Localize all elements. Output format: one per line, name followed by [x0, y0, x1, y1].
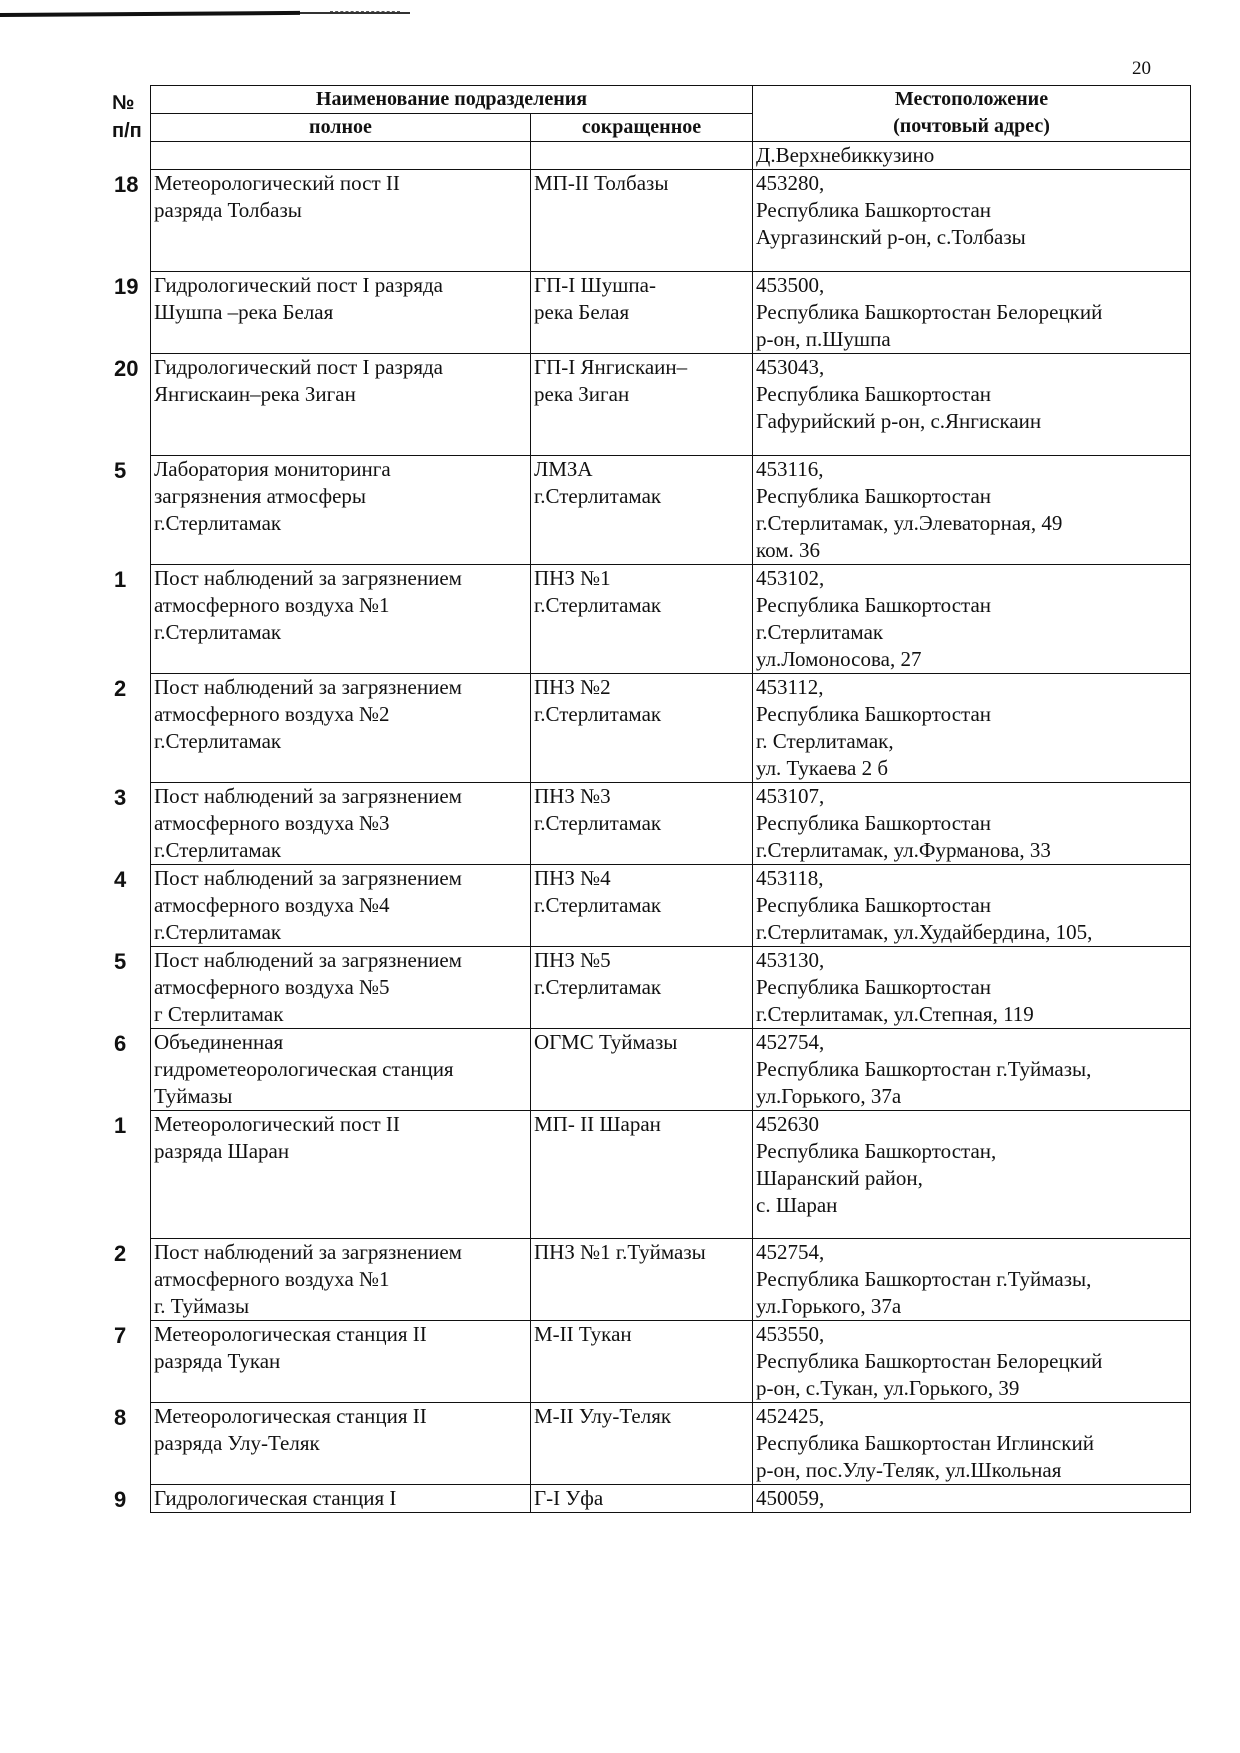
cell-address: 453118,Республика Башкортостанг.Стерлита… [753, 865, 1191, 947]
cell-line: Республика Башкортостан Иглинский [756, 1430, 1187, 1457]
table-row: Пост наблюдений за загрязнениематмосферн… [151, 783, 1191, 865]
row-number: 4 [114, 867, 126, 893]
cell-short: М-II Улу-Теляк [531, 1403, 753, 1485]
cell-full: Объединеннаягидрометеорологическая станц… [151, 1029, 531, 1111]
cell-short: ОГМС Туймазы [531, 1029, 753, 1111]
cell-line: ПНЗ №2 [534, 674, 749, 701]
cell-full: Лаборатория мониторингазагрязнения атмос… [151, 456, 531, 565]
cell-full: Пост наблюдений за загрязнениематмосферн… [151, 565, 531, 674]
cell-line: Объединенная [154, 1029, 527, 1056]
cell-line: г.Стерлитамак [154, 837, 527, 864]
header-full: полное [151, 114, 531, 142]
cell-line: г.Стерлитамак [154, 619, 527, 646]
cell-line: ул.Горького, 37а [756, 1083, 1187, 1110]
cell-short: МП- II Шаран [531, 1111, 753, 1239]
cell-line: Лаборатория мониторинга [154, 456, 527, 483]
table-row: Д.Верхнебиккузино [151, 142, 1191, 170]
table-row: Метеорологический пост IIразряда ШаранМП… [151, 1111, 1191, 1239]
cell-full: Пост наблюдений за загрязнениематмосферн… [151, 1239, 531, 1321]
cell-line: Д.Верхнебиккузино [756, 142, 1187, 169]
header-location: Местоположение (почтовый адрес) [753, 86, 1191, 142]
cell-short: Г-I Уфа [531, 1485, 753, 1513]
row-number: 8 [114, 1405, 126, 1431]
cell-line: р-он, п.Шушпа [756, 326, 1187, 353]
cell-line: 453130, [756, 947, 1187, 974]
cell-line: разряда Толбазы [154, 197, 527, 224]
cell-line: Республика Башкортостан, [756, 1138, 1187, 1165]
cell-line: ПНЗ №4 [534, 865, 749, 892]
cell-short: ГП-I Янгискаин–река Зиган [531, 354, 753, 456]
cell-line: 450059, [756, 1485, 1187, 1512]
cell-short: МП-II Толбазы [531, 170, 753, 272]
cell-line: г.Стерлитамак [534, 892, 749, 919]
table-row: Пост наблюдений за загрязнениематмосферн… [151, 947, 1191, 1029]
cell-line: МП-II Толбазы [534, 170, 749, 197]
cell-line: Метеорологическая станция II [154, 1403, 527, 1430]
cell-line: г.Стерлитамак, ул.Элеваторная, 49 [756, 510, 1187, 537]
cell-line: г.Стерлитамак [154, 919, 527, 946]
table-row: Гидрологический пост I разрядаЯнгискаин–… [151, 354, 1191, 456]
cell-line: загрязнения атмосферы [154, 483, 527, 510]
cell-address: 452754,Республика Башкортостан г.Туймазы… [753, 1239, 1191, 1321]
cell-line: г.Стерлитамак [154, 728, 527, 755]
cell-address: 453550,Республика Башкортостан Белорецки… [753, 1321, 1191, 1403]
cell-line: 453550, [756, 1321, 1187, 1348]
cell-line: ПНЗ №1 [534, 565, 749, 592]
cell-line: атмосферного воздуха №3 [154, 810, 527, 837]
cell-line: Гидрологический пост I разряда [154, 354, 527, 381]
cell-line: Республика Башкортостан Белорецкий [756, 299, 1187, 326]
cell-short: М-II Тукан [531, 1321, 753, 1403]
cell-short: ПНЗ №3г.Стерлитамак [531, 783, 753, 865]
cell-line: 453280, [756, 170, 1187, 197]
cell-line: Г-I Уфа [534, 1485, 749, 1512]
cell-line: 452754, [756, 1239, 1187, 1266]
cell-line: р-он, пос.Улу-Теляк, ул.Школьная [756, 1457, 1187, 1484]
table-row: Пост наблюдений за загрязнениематмосферн… [151, 1239, 1191, 1321]
row-number: 7 [114, 1323, 126, 1349]
cell-address: 453107,Республика Башкортостанг.Стерлита… [753, 783, 1191, 865]
cell-full: Пост наблюдений за загрязнениематмосферн… [151, 783, 531, 865]
cell-line: Пост наблюдений за загрязнением [154, 565, 527, 592]
table-row: Гидрологический пост I разрядаШушпа –рек… [151, 272, 1191, 354]
cell-line: МП- II Шаран [534, 1111, 749, 1138]
cell-line: Туймазы [154, 1083, 527, 1110]
cell-line: ПНЗ №1 г.Туймазы [534, 1239, 749, 1266]
cell-full: Метеорологическая станция IIразряда Улу-… [151, 1403, 531, 1485]
table-row: Пост наблюдений за загрязнениематмосферн… [151, 565, 1191, 674]
cell-line: Пост наблюдений за загрязнением [154, 865, 527, 892]
cell-address: 450059, [753, 1485, 1191, 1513]
number-col-header: п/п [112, 120, 142, 143]
cell-line: атмосферного воздуха №1 [154, 1266, 527, 1293]
row-number: 5 [114, 458, 126, 484]
cell-address: Д.Верхнебиккузино [753, 142, 1191, 170]
cell-line: г.Стерлитамак [154, 510, 527, 537]
cell-address: 453280,Республика БашкортостанАургазинск… [753, 170, 1191, 272]
cell-line: Республика Башкортостан [756, 381, 1187, 408]
cell-line: река Зиган [534, 381, 749, 408]
cell-line: Шушпа –река Белая [154, 299, 527, 326]
cell-line: ул.Горького, 37а [756, 1293, 1187, 1320]
cell-line: разряда Тукан [154, 1348, 527, 1375]
cell-line: Республика Башкортостан [756, 197, 1187, 224]
cell-line: 453500, [756, 272, 1187, 299]
cell-line: атмосферного воздуха №4 [154, 892, 527, 919]
cell-line: 452425, [756, 1403, 1187, 1430]
row-number: 6 [114, 1031, 126, 1057]
page-number: 20 [1132, 58, 1151, 80]
table-row: Пост наблюдений за загрязнениематмосферн… [151, 674, 1191, 783]
table-row: Пост наблюдений за загрязнениематмосферн… [151, 865, 1191, 947]
cell-line: Янгискаин–река Зиган [154, 381, 527, 408]
cell-line: Республика Башкортостан [756, 810, 1187, 837]
cell-line: г.Стерлитамак, ул.Фурманова, 33 [756, 837, 1187, 864]
cell-line: разряда Улу-Теляк [154, 1430, 527, 1457]
cell-line: Республика Башкортостан [756, 483, 1187, 510]
cell-line: Республика Башкортостан [756, 892, 1187, 919]
row-number: 2 [114, 1241, 126, 1267]
cell-line: г.Стерлитамак, ул.Худайбердина, 105, [756, 919, 1187, 946]
cell-line: г.Стерлитамак [534, 701, 749, 728]
cell-line: ЛМЗА [534, 456, 749, 483]
scan-artifact-dots [330, 11, 400, 13]
cell-line: г Стерлитамак [154, 1001, 527, 1028]
cell-address: 452425,Республика Башкортостан Иглинский… [753, 1403, 1191, 1485]
cell-line: Метеорологический пост II [154, 170, 527, 197]
cell-address: 452754,Республика Башкортостан г.Туймазы… [753, 1029, 1191, 1111]
cell-line: ул.Ломоносова, 27 [756, 646, 1187, 673]
cell-full [151, 142, 531, 170]
cell-line: ГП-I Шушпа- [534, 272, 749, 299]
table-row: Лаборатория мониторингазагрязнения атмос… [151, 456, 1191, 565]
cell-line: г.Стерлитамак [534, 810, 749, 837]
cell-line: Республика Башкортостан [756, 974, 1187, 1001]
cell-address: 453112,Республика Башкортостанг. Стерлит… [753, 674, 1191, 783]
cell-line: 452754, [756, 1029, 1187, 1056]
cell-line: атмосферного воздуха №1 [154, 592, 527, 619]
cell-line: ГП-I Янгискаин– [534, 354, 749, 381]
number-col-header: № [112, 92, 134, 115]
cell-line: М-II Улу-Теляк [534, 1403, 749, 1430]
cell-line: Шаранский район, [756, 1165, 1187, 1192]
cell-line: г.Стерлитамак [534, 592, 749, 619]
cell-line: р-он, с.Тукан, ул.Горького, 39 [756, 1375, 1187, 1402]
table-row: Гидрологическая станция IГ-I Уфа450059, [151, 1485, 1191, 1513]
cell-line: Пост наблюдений за загрязнением [154, 1239, 527, 1266]
cell-line: Гафурийский р-он, с.Янгискаин [756, 408, 1187, 435]
subdivisions-table: Наименование подразделения Местоположени… [150, 85, 1191, 1513]
cell-line: 453107, [756, 783, 1187, 810]
table-body: Д.ВерхнебиккузиноМетеорологический пост … [151, 142, 1191, 1513]
cell-line: ул. Тукаева 2 б [756, 755, 1187, 782]
cell-line: Республика Башкортостан Белорецкий [756, 1348, 1187, 1375]
cell-full: Метеорологический пост IIразряда Толбазы [151, 170, 531, 272]
cell-full: Пост наблюдений за загрязнениематмосферн… [151, 947, 531, 1029]
cell-short: ПНЗ №1 г.Туймазы [531, 1239, 753, 1321]
cell-line: разряда Шаран [154, 1138, 527, 1165]
cell-line: ОГМС Туймазы [534, 1029, 749, 1056]
row-number: 19 [114, 274, 138, 300]
cell-full: Пост наблюдений за загрязнениематмосферн… [151, 865, 531, 947]
cell-address: 453043,Республика БашкортостанГафурийски… [753, 354, 1191, 456]
cell-line: 453112, [756, 674, 1187, 701]
row-number: 1 [114, 1113, 126, 1139]
cell-full: Метеорологическая станция IIразряда Тука… [151, 1321, 531, 1403]
row-number: 5 [114, 949, 126, 975]
row-number: 3 [114, 785, 126, 811]
row-number: 20 [114, 356, 138, 382]
cell-full: Гидрологический пост I разрядаШушпа –рек… [151, 272, 531, 354]
cell-line: ПНЗ №3 [534, 783, 749, 810]
cell-line: Аургазинский р-он, с.Толбазы [756, 224, 1187, 251]
table-row: Объединеннаягидрометеорологическая станц… [151, 1029, 1191, 1111]
cell-line: г.Стерлитамак, ул.Степная, 119 [756, 1001, 1187, 1028]
cell-short [531, 142, 753, 170]
cell-line: г.Стерлитамак [534, 974, 749, 1001]
cell-short: ПНЗ №2г.Стерлитамак [531, 674, 753, 783]
cell-line: 453043, [756, 354, 1187, 381]
cell-address: 453130,Республика Башкортостанг.Стерлита… [753, 947, 1191, 1029]
cell-line: 453118, [756, 865, 1187, 892]
cell-short: ЛМЗАг.Стерлитамак [531, 456, 753, 565]
cell-short: ГП-I Шушпа-река Белая [531, 272, 753, 354]
row-number: 18 [114, 172, 138, 198]
cell-line: Республика Башкортостан г.Туймазы, [756, 1266, 1187, 1293]
table-row: Метеорологический пост IIразряда Толбазы… [151, 170, 1191, 272]
cell-line: с. Шаран [756, 1192, 1187, 1219]
cell-line: Республика Башкортостан [756, 701, 1187, 728]
cell-line: Метеорологический пост II [154, 1111, 527, 1138]
cell-line: Республика Башкортостан [756, 592, 1187, 619]
cell-line: Пост наблюдений за загрязнением [154, 783, 527, 810]
header-name-group: Наименование подразделения [151, 86, 753, 114]
cell-line: М-II Тукан [534, 1321, 749, 1348]
cell-full: Метеорологический пост IIразряда Шаран [151, 1111, 531, 1239]
header-short: сокращенное [531, 114, 753, 142]
cell-line: Гидрологический пост I разряда [154, 272, 527, 299]
cell-line: г. Стерлитамак, [756, 728, 1187, 755]
cell-line: г.Стерлитамак [756, 619, 1187, 646]
cell-line: Метеорологическая станция II [154, 1321, 527, 1348]
cell-line: Гидрологическая станция I [154, 1485, 527, 1512]
table-row: Метеорологическая станция IIразряда Тука… [151, 1321, 1191, 1403]
table-row: Метеорологическая станция IIразряда Улу-… [151, 1403, 1191, 1485]
row-number: 2 [114, 676, 126, 702]
cell-line: Пост наблюдений за загрязнением [154, 674, 527, 701]
cell-line: г. Туймазы [154, 1293, 527, 1320]
row-number: 9 [114, 1487, 126, 1513]
cell-line: атмосферного воздуха №5 [154, 974, 527, 1001]
cell-address: 453102,Республика Башкортостанг.Стерлита… [753, 565, 1191, 674]
cell-line: река Белая [534, 299, 749, 326]
cell-short: ПНЗ №4г.Стерлитамак [531, 865, 753, 947]
cell-full: Гидрологическая станция I [151, 1485, 531, 1513]
cell-line: г.Стерлитамак [534, 483, 749, 510]
cell-line: Пост наблюдений за загрязнением [154, 947, 527, 974]
row-number: 1 [114, 567, 126, 593]
cell-line: 453116, [756, 456, 1187, 483]
cell-full: Гидрологический пост I разрядаЯнгискаин–… [151, 354, 531, 456]
cell-line: Республика Башкортостан г.Туймазы, [756, 1056, 1187, 1083]
cell-line: ком. 36 [756, 537, 1187, 564]
cell-address: 453116,Республика Башкортостанг.Стерлита… [753, 456, 1191, 565]
cell-line: 453102, [756, 565, 1187, 592]
cell-line: гидрометеорологическая станция [154, 1056, 527, 1083]
cell-line: 452630 [756, 1111, 1187, 1138]
cell-full: Пост наблюдений за загрязнениематмосферн… [151, 674, 531, 783]
cell-short: ПНЗ №5г.Стерлитамак [531, 947, 753, 1029]
cell-address: 452630Республика Башкортостан,Шаранский … [753, 1111, 1191, 1239]
scan-artifact-line [0, 11, 300, 17]
cell-line: ПНЗ №5 [534, 947, 749, 974]
cell-short: ПНЗ №1г.Стерлитамак [531, 565, 753, 674]
cell-line: атмосферного воздуха №2 [154, 701, 527, 728]
cell-address: 453500,Республика Башкортостан Белорецки… [753, 272, 1191, 354]
